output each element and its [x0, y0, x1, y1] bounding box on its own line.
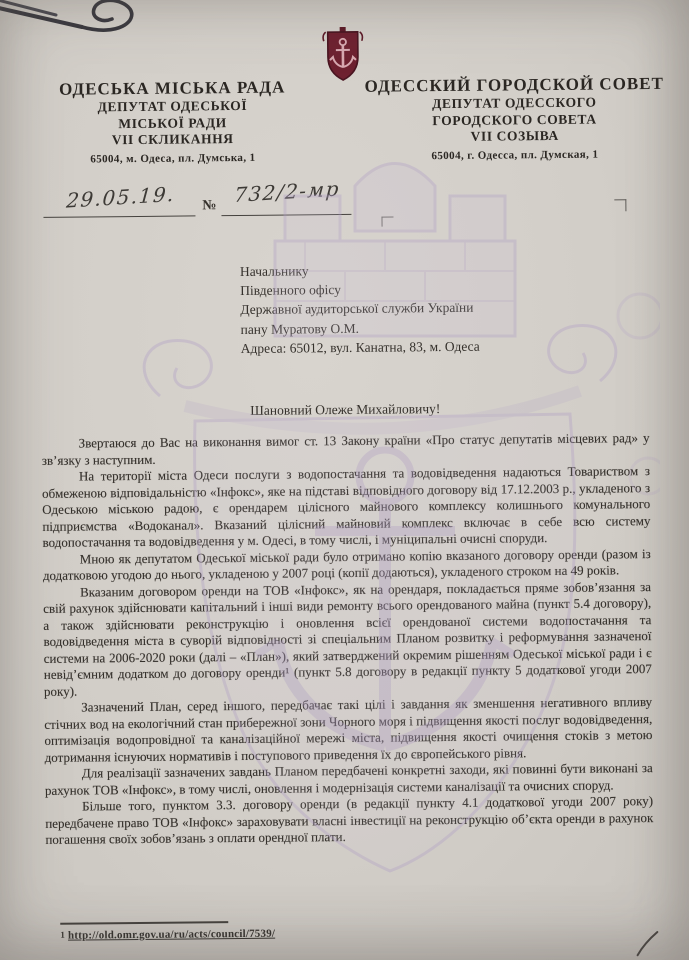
odesa-coat-of-arms-icon: [322, 27, 365, 83]
footnote-marker: 1: [60, 930, 65, 940]
footnote: 1 http://old.omr.gov.ua/ru/acts/council/…: [60, 928, 275, 942]
pen-stroke-mark: [634, 929, 662, 957]
watermark-odesa-crest-icon: [100, 126, 660, 886]
council-title-uk: ОДЕСЬКА МІСЬКА РАДА: [24, 76, 320, 100]
council-title-ru: ОДЕССКИЙ ГОРОДСКОЙ СОВЕТ: [354, 73, 674, 97]
footnote-url: http://old.omr.gov.ua/ru/acts/council/75…: [68, 928, 275, 942]
footnote-separator: [60, 921, 228, 925]
paper-clip-icon: [0, 0, 146, 46]
scanned-letter-page: ОДЕСЬКА МІСЬКА РАДА ДЕПУТАТ ОДЕСЬКОЇ МІС…: [0, 0, 689, 960]
